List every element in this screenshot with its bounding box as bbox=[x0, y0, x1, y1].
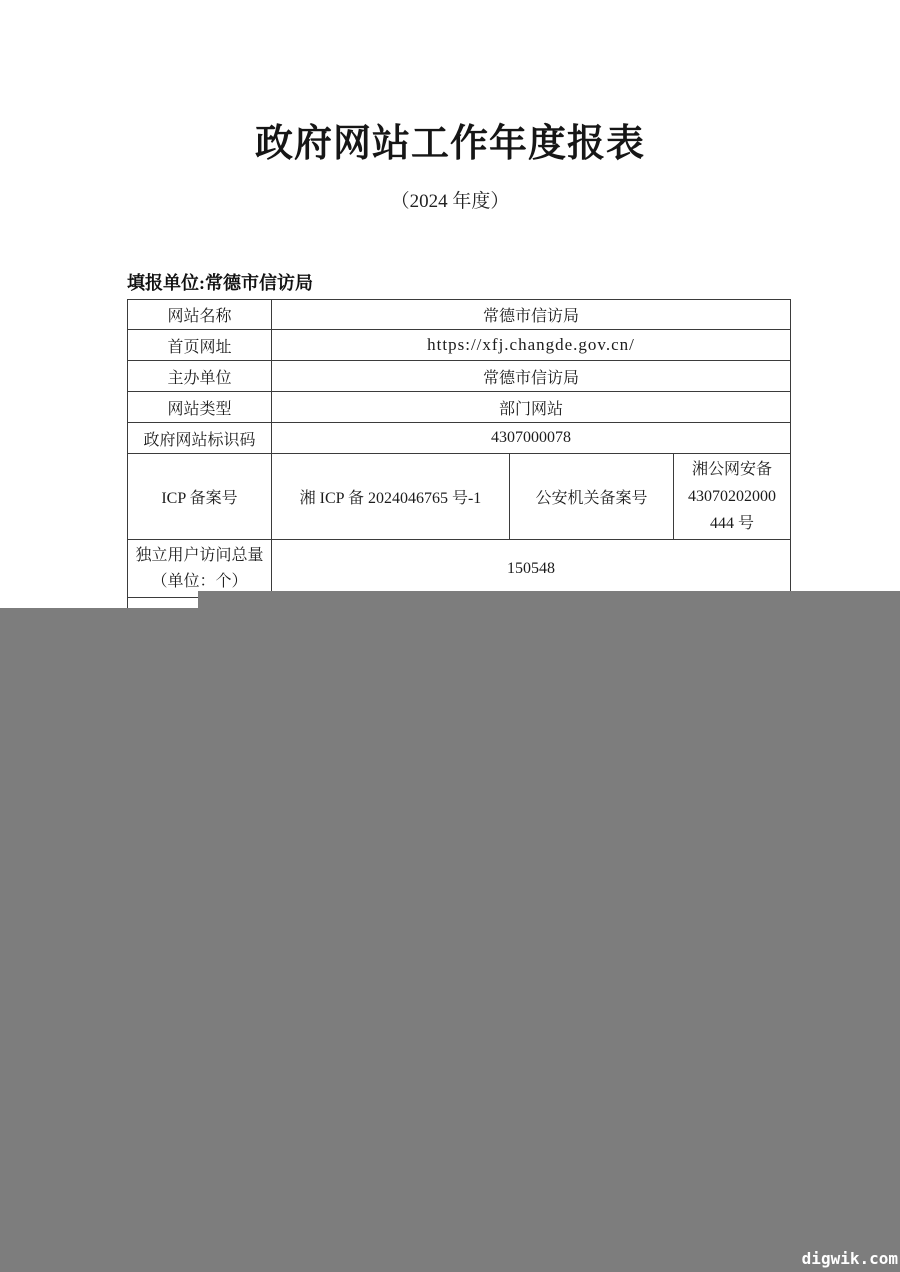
police-number-line: 444 号 bbox=[678, 510, 786, 537]
row-value: 部门网站 bbox=[272, 392, 791, 423]
row-value: 常德市信访局 bbox=[272, 300, 791, 330]
row-value: 4307000078 bbox=[272, 423, 791, 454]
row-label: 主办单位 bbox=[128, 361, 272, 392]
table-row-organizer: 主办单位 常德市信访局 bbox=[128, 361, 791, 392]
police-number-line: 湘公网安备 bbox=[678, 456, 786, 483]
report-title: 政府网站工作年度报表 bbox=[0, 112, 900, 167]
table-row-site-id-code: 政府网站标识码 4307000078 bbox=[128, 423, 791, 454]
police-filing-label: 公安机关备案号 bbox=[510, 454, 674, 540]
visitors-value: 150548 bbox=[272, 540, 791, 598]
table-row-unique-visitors: 独立用户访问总量（单位：个） 150548 bbox=[128, 540, 791, 598]
table-row-site-type: 网站类型 部门网站 bbox=[128, 392, 791, 423]
row-label: 网站类型 bbox=[128, 392, 272, 423]
report-subtitle: （2024 年度） bbox=[0, 186, 900, 213]
row-label: 首页网址 bbox=[128, 330, 272, 361]
visitors-label: 独立用户访问总量（单位：个） bbox=[128, 540, 272, 598]
police-filing-number: 湘公网安备 43070202000 444 号 bbox=[674, 454, 791, 540]
table-row-homepage-url: 首页网址 https://xfj.changde.gov.cn/ bbox=[128, 330, 791, 361]
icp-label: ICP 备案号 bbox=[128, 454, 272, 540]
row-value: 常德市信访局 bbox=[272, 361, 791, 392]
table-row-site-name: 网站名称 常德市信访局 bbox=[128, 300, 791, 330]
police-number-line: 43070202000 bbox=[678, 483, 786, 510]
watermark-text: digwik.com bbox=[802, 1249, 898, 1268]
table-row-icp: ICP 备案号 湘 ICP 备 2024046765 号-1 公安机关备案号 湘… bbox=[128, 454, 791, 540]
row-label: 政府网站标识码 bbox=[128, 423, 272, 454]
row-label: 网站名称 bbox=[128, 300, 272, 330]
reporting-unit-label: 填报单位:常德市信访局 bbox=[127, 269, 313, 295]
icp-number: 湘 ICP 备 2024046765 号-1 bbox=[272, 454, 510, 540]
homepage-url: https://xfj.changde.gov.cn/ bbox=[272, 330, 791, 361]
gray-overlay-bottom bbox=[0, 608, 900, 1272]
document-page: 政府网站工作年度报表 （2024 年度） 填报单位:常德市信访局 网站名称 常德… bbox=[0, 0, 900, 1272]
